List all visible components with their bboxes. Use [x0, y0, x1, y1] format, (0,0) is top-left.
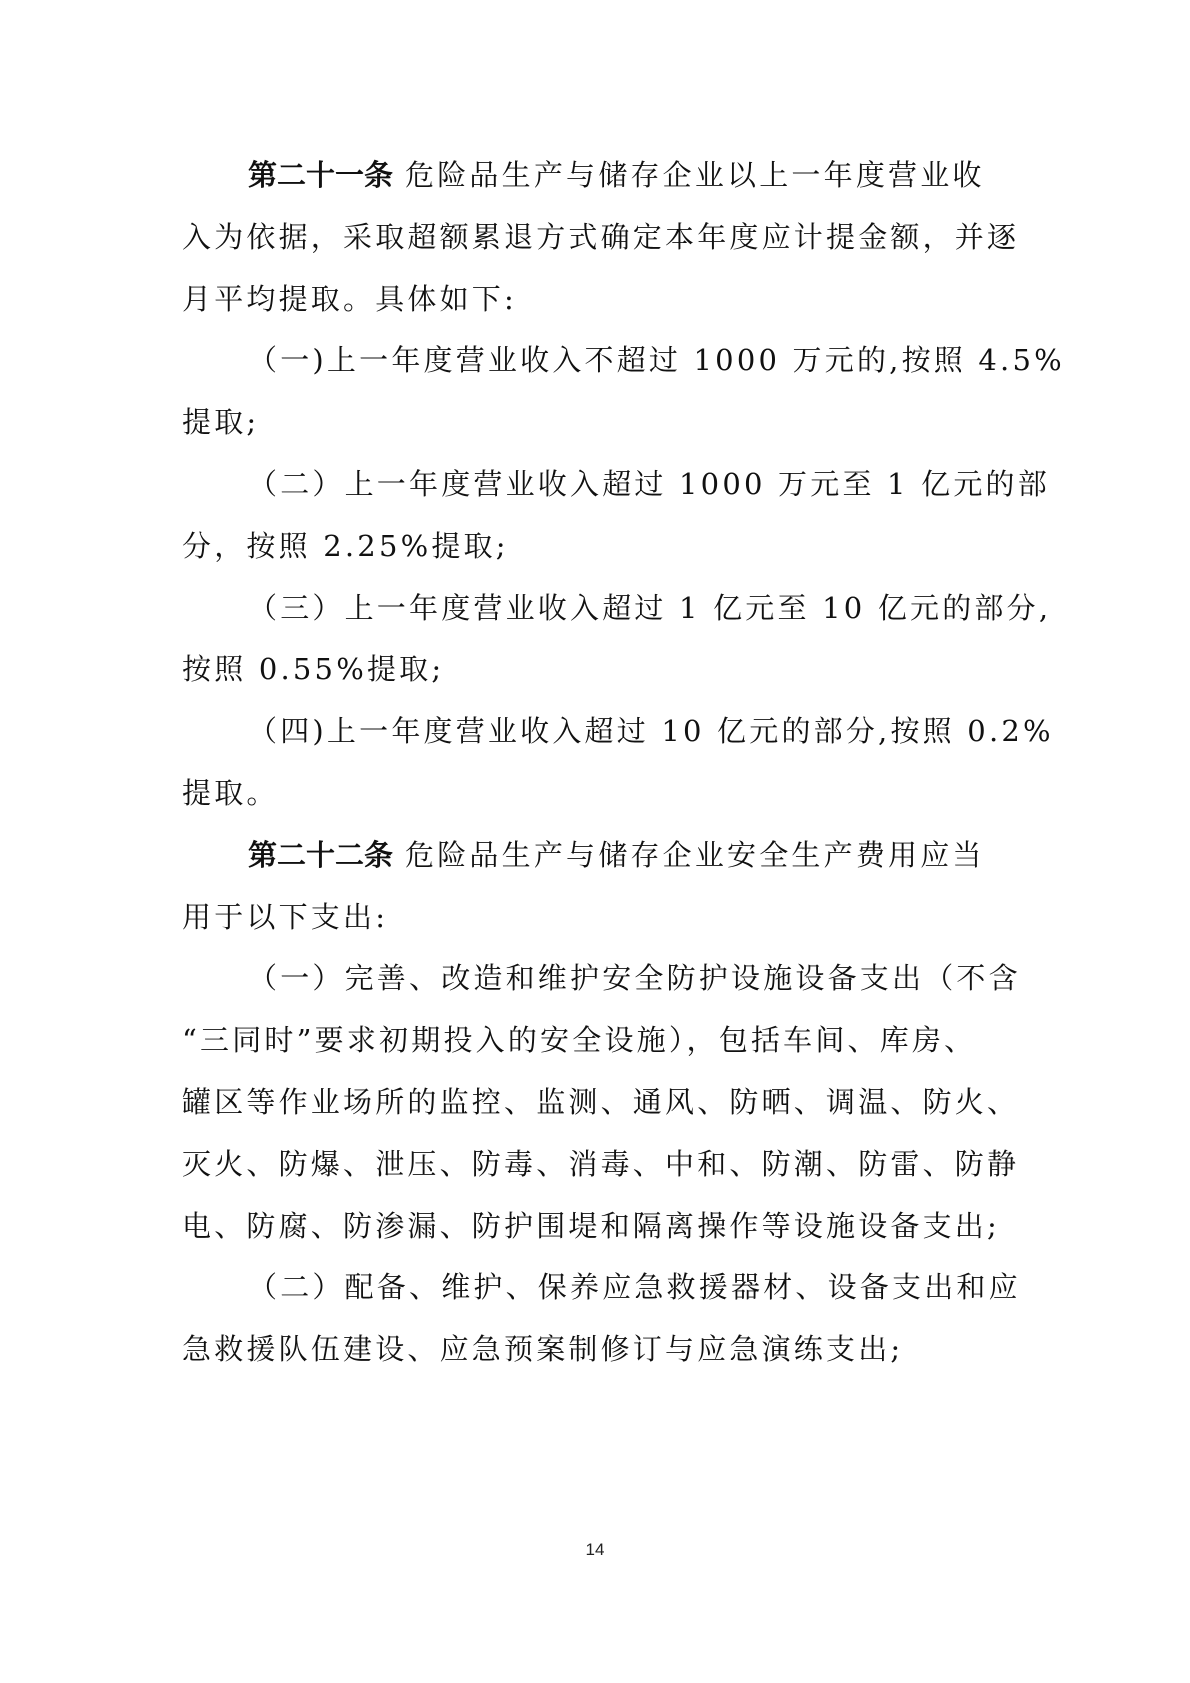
article-22-item-1-cont: 灭火、防爆、泄压、防毒、消毒、中和、防潮、防雷、防静 — [182, 1139, 1012, 1201]
list-item-3-line: （三）上一年度营业收入超过 1 亿元至 10 亿元的部分, — [182, 583, 1012, 645]
article-21-first-line: 第二十一条危险品生产与储存企业以上一年度营业收 — [182, 150, 1012, 212]
page-number: 14 — [0, 1540, 1190, 1560]
list-item-1-cont: 提取; — [182, 397, 1012, 459]
list-item-1-line: （一)上一年度营业收入不超过 1000 万元的,按照 4.5% — [182, 335, 1012, 397]
article-22-item-1-cont: 罐区等作业场所的监控、监测、通风、防晒、调温、防火、 — [182, 1077, 1012, 1139]
article-22-item-2-cont: 急救援队伍建设、应急预案制修订与应急演练支出; — [182, 1324, 1012, 1386]
paragraph-line: 用于以下支出: — [182, 892, 1012, 954]
body-text: 第二十一条危险品生产与储存企业以上一年度营业收 入为依据，采取超额累退方式确定本… — [182, 150, 1012, 1386]
list-item-4-line: （四)上一年度营业收入超过 10 亿元的部分,按照 0.2% — [182, 706, 1012, 768]
list-item-3-cont: 按照 0.55%提取; — [182, 644, 1012, 706]
list-item-4-cont: 提取。 — [182, 768, 1012, 830]
article-22-item-2-line: （二）配备、维护、保养应急救援器材、设备支出和应 — [182, 1262, 1012, 1324]
paragraph-text: 危险品生产与储存企业安全生产费用应当 — [405, 838, 985, 872]
document-page: 第二十一条危险品生产与储存企业以上一年度营业收 入为依据，采取超额累退方式确定本… — [0, 0, 1190, 1683]
article-22-heading: 第二十二条 — [248, 838, 393, 872]
paragraph-line: 月平均提取。具体如下: — [182, 274, 1012, 336]
article-22-item-1-cont: 电、防腐、防渗漏、防护围堤和隔离操作等设施设备支出; — [182, 1201, 1012, 1263]
paragraph-text: 危险品生产与储存企业以上一年度营业收 — [405, 158, 985, 192]
list-item-2-cont: 分，按照 2.25%提取; — [182, 521, 1012, 583]
article-22-first-line: 第二十二条危险品生产与储存企业安全生产费用应当 — [182, 830, 1012, 892]
article-22-item-1-line: （一）完善、改造和维护安全防护设施设备支出（不含 — [182, 953, 1012, 1015]
article-22-item-1-cont: “三同时”要求初期投入的安全设施），包括车间、库房、 — [182, 1015, 1012, 1077]
paragraph-line: 入为依据，采取超额累退方式确定本年度应计提金额，并逐 — [182, 212, 1012, 274]
article-21-heading: 第二十一条 — [248, 158, 393, 192]
list-item-2-line: （二）上一年度营业收入超过 1000 万元至 1 亿元的部 — [182, 459, 1012, 521]
